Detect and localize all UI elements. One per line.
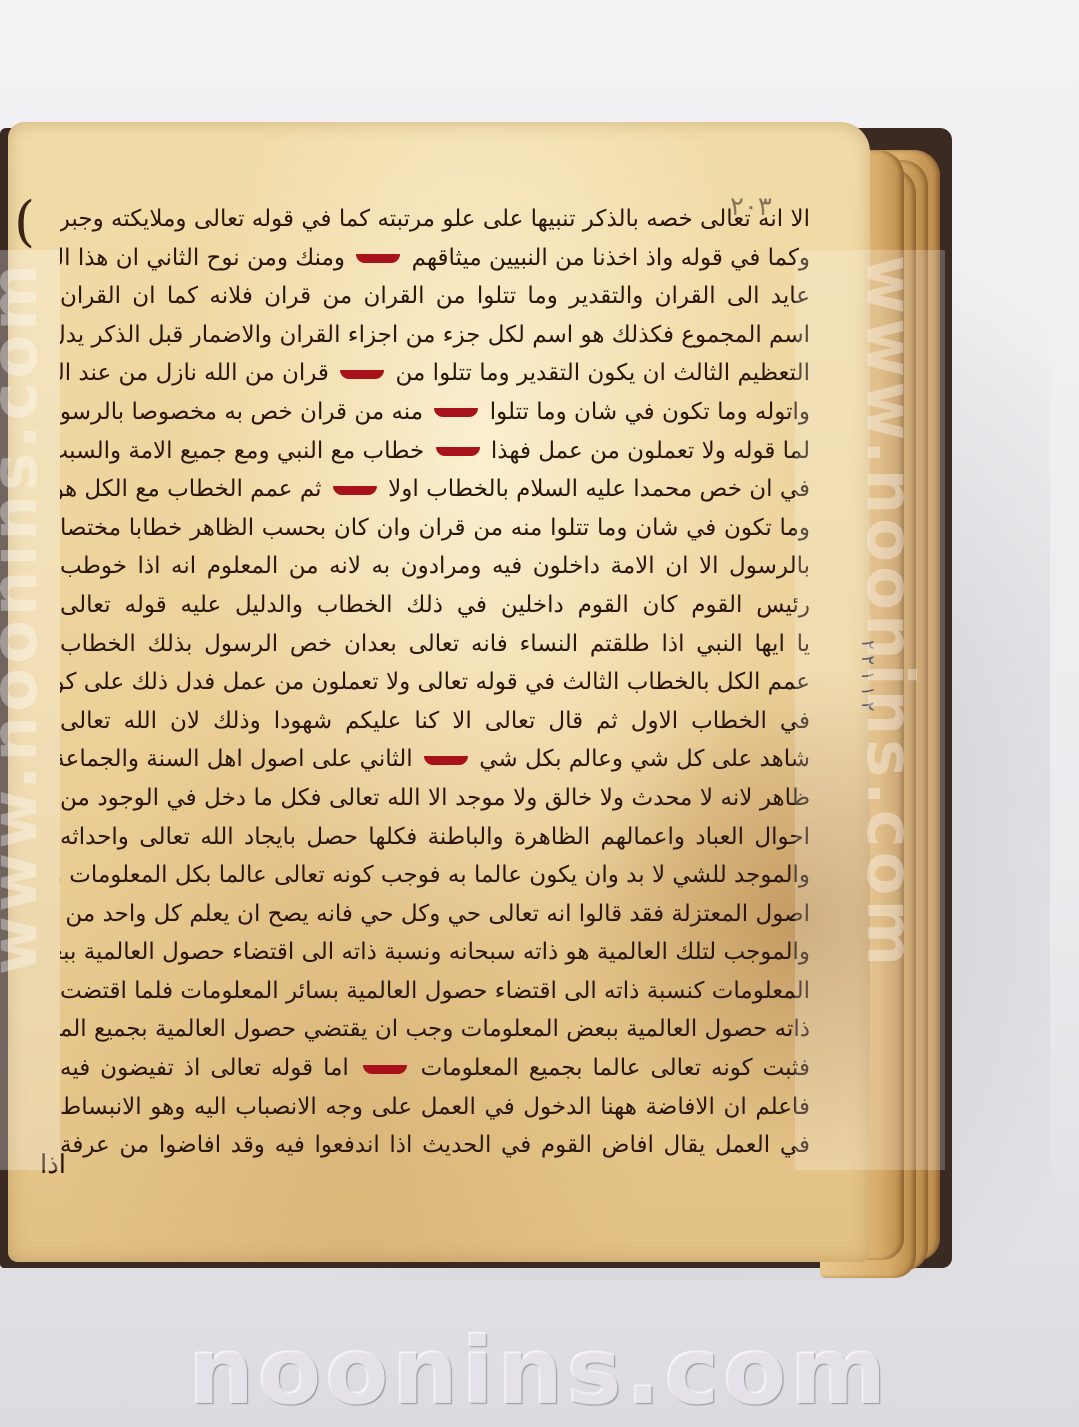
- manuscript-line: في الخطاب الاول ثم قال تعالى الا كنا علي…: [60, 702, 810, 741]
- rubric-overline: [436, 447, 480, 456]
- manuscript-line: عمم الكل بالخطاب الثالث في قوله تعالى ول…: [60, 663, 810, 702]
- manuscript-line: في ان خص محمدا عليه السلام بالخطاب اولا …: [60, 470, 810, 509]
- manuscript-line: شاهد على كل شي وعالم بكل شي الثاني على ا…: [60, 740, 810, 779]
- manuscript-line: احوال العباد واعمالهم الظاهرة والباطنة ف…: [60, 818, 810, 857]
- manuscript-line: وكما في قوله واذ اخذنا من النبيين ميثاقه…: [60, 239, 810, 278]
- manuscript-line: والموجب لتلك العالمية هو ذاته سبحانه ونس…: [60, 933, 810, 972]
- manuscript-line: يا ايها النبي اذا طلقتم النساء فانه تعال…: [60, 625, 810, 664]
- manuscript-line: رئيس القوم كان القوم داخلين في ذلك الخطا…: [60, 586, 810, 625]
- manuscript-line: ظاهر لانه لا محدث ولا خالق ولا موجد الا …: [60, 779, 810, 818]
- manuscript-text-block: الا انه تعالى خصه بالذكر تنبيها على علو …: [60, 200, 810, 1165]
- manuscript-line: فثبت كونه تعالى عالما بجميع المعلومات ام…: [60, 1049, 810, 1088]
- rubric-overline: [363, 1065, 407, 1074]
- rubric-overline: [340, 370, 384, 379]
- manuscript-line: التعظيم الثالث ان يكون التقدير وما تتلوا…: [60, 354, 810, 393]
- manuscript-line: اسم المجموع فكذلك هو اسم لكل جزء من اجزا…: [60, 316, 810, 355]
- rubric-overline: [424, 756, 468, 765]
- manuscript-line: ذاته حصول العالمية ببعض المعلومات وجب ان…: [60, 1010, 810, 1049]
- manuscript-line: فاعلم ان الافاضة ههنا الدخول في العمل عل…: [60, 1088, 810, 1127]
- manuscript-line: المعلومات كنسبة ذاته الى اقتضاء حصول الع…: [60, 972, 810, 1011]
- rubric-overline: [434, 408, 478, 417]
- manuscript-line: واتوله وما تكون في شان وما تتلوا منه من …: [60, 393, 810, 432]
- watermark-bottom: noonins.com: [0, 1318, 1079, 1425]
- manuscript-line: لما قوله ولا تعملون من عمل فهذا خطاب مع …: [60, 432, 810, 471]
- rubric-overline: [356, 254, 400, 263]
- manuscript-line: في العمل يقال افاض القوم في الحديث اذا ا…: [60, 1126, 810, 1165]
- manuscript-line: الا انه تعالى خصه بالذكر تنبيها على علو …: [60, 200, 810, 239]
- watermark-vertical-left: www.noonins.com: [0, 260, 52, 975]
- manuscript-line: وما تكون في شان وما تتلوا منه من قران وا…: [60, 509, 810, 548]
- manuscript-line: والموجد للشي لا بد وان يكون عالما به فوج…: [60, 856, 810, 895]
- rubric-overline: [333, 486, 377, 495]
- manuscript-line: بالرسول الا ان الامة داخلون فيه ومرادون …: [60, 547, 810, 586]
- watermark-vertical-right: www.noonins.com: [852, 255, 926, 970]
- manuscript-line: اصول المعتزلة فقد قالوا انه تعالى حي وكل…: [60, 895, 810, 934]
- margin-bracket: (: [14, 190, 35, 253]
- manuscript-line: عايد الى القران والتقدير وما تتلوا من ال…: [60, 277, 810, 316]
